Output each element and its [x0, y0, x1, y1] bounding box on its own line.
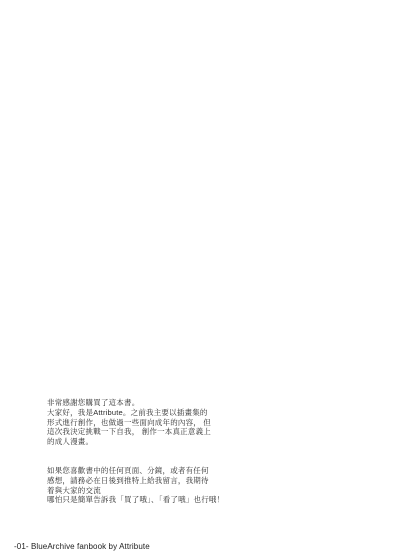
afterword-text-block: 非常感謝您購買了這本書。 大家好，我是Attribute。之前我主要以插畫集的 …: [47, 398, 337, 505]
afterword-line: 這次我決定挑戰一下自我， 創作一本真正意義上: [47, 427, 337, 437]
afterword-line: 非常感謝您購買了這本書。: [47, 398, 337, 408]
afterword-line: 大家好，我是Attribute。之前我主要以插畫集的: [47, 408, 337, 418]
afterword-paragraph-1: 非常感謝您購買了這本書。 大家好，我是Attribute。之前我主要以插畫集的 …: [47, 398, 337, 447]
fanbook-page: 非常感謝您購買了這本書。 大家好，我是Attribute。之前我主要以插畫集的 …: [0, 0, 400, 557]
afterword-paragraph-2: 如果您喜歡書中的任何頁面、分鏡，或者有任何 感想，請務必在日後到推特上給我留言，…: [47, 466, 337, 505]
footer-credit: -01- BlueArchive fanbook by Attribute: [14, 542, 150, 552]
afterword-line: 感想，請務必在日後到推特上給我留言，我期待: [47, 476, 337, 486]
afterword-line: 着與大家的交流: [47, 486, 337, 496]
afterword-line: 的成人漫畫。: [47, 437, 337, 447]
afterword-line: 如果您喜歡書中的任何頁面、分鏡，或者有任何: [47, 466, 337, 476]
afterword-line: 哪怕只是簡單告訴我「買了哦」、「看了哦」也行哦！: [47, 495, 337, 505]
afterword-line: 形式進行創作，也做過一些面向成年的內容， 但: [47, 418, 337, 428]
